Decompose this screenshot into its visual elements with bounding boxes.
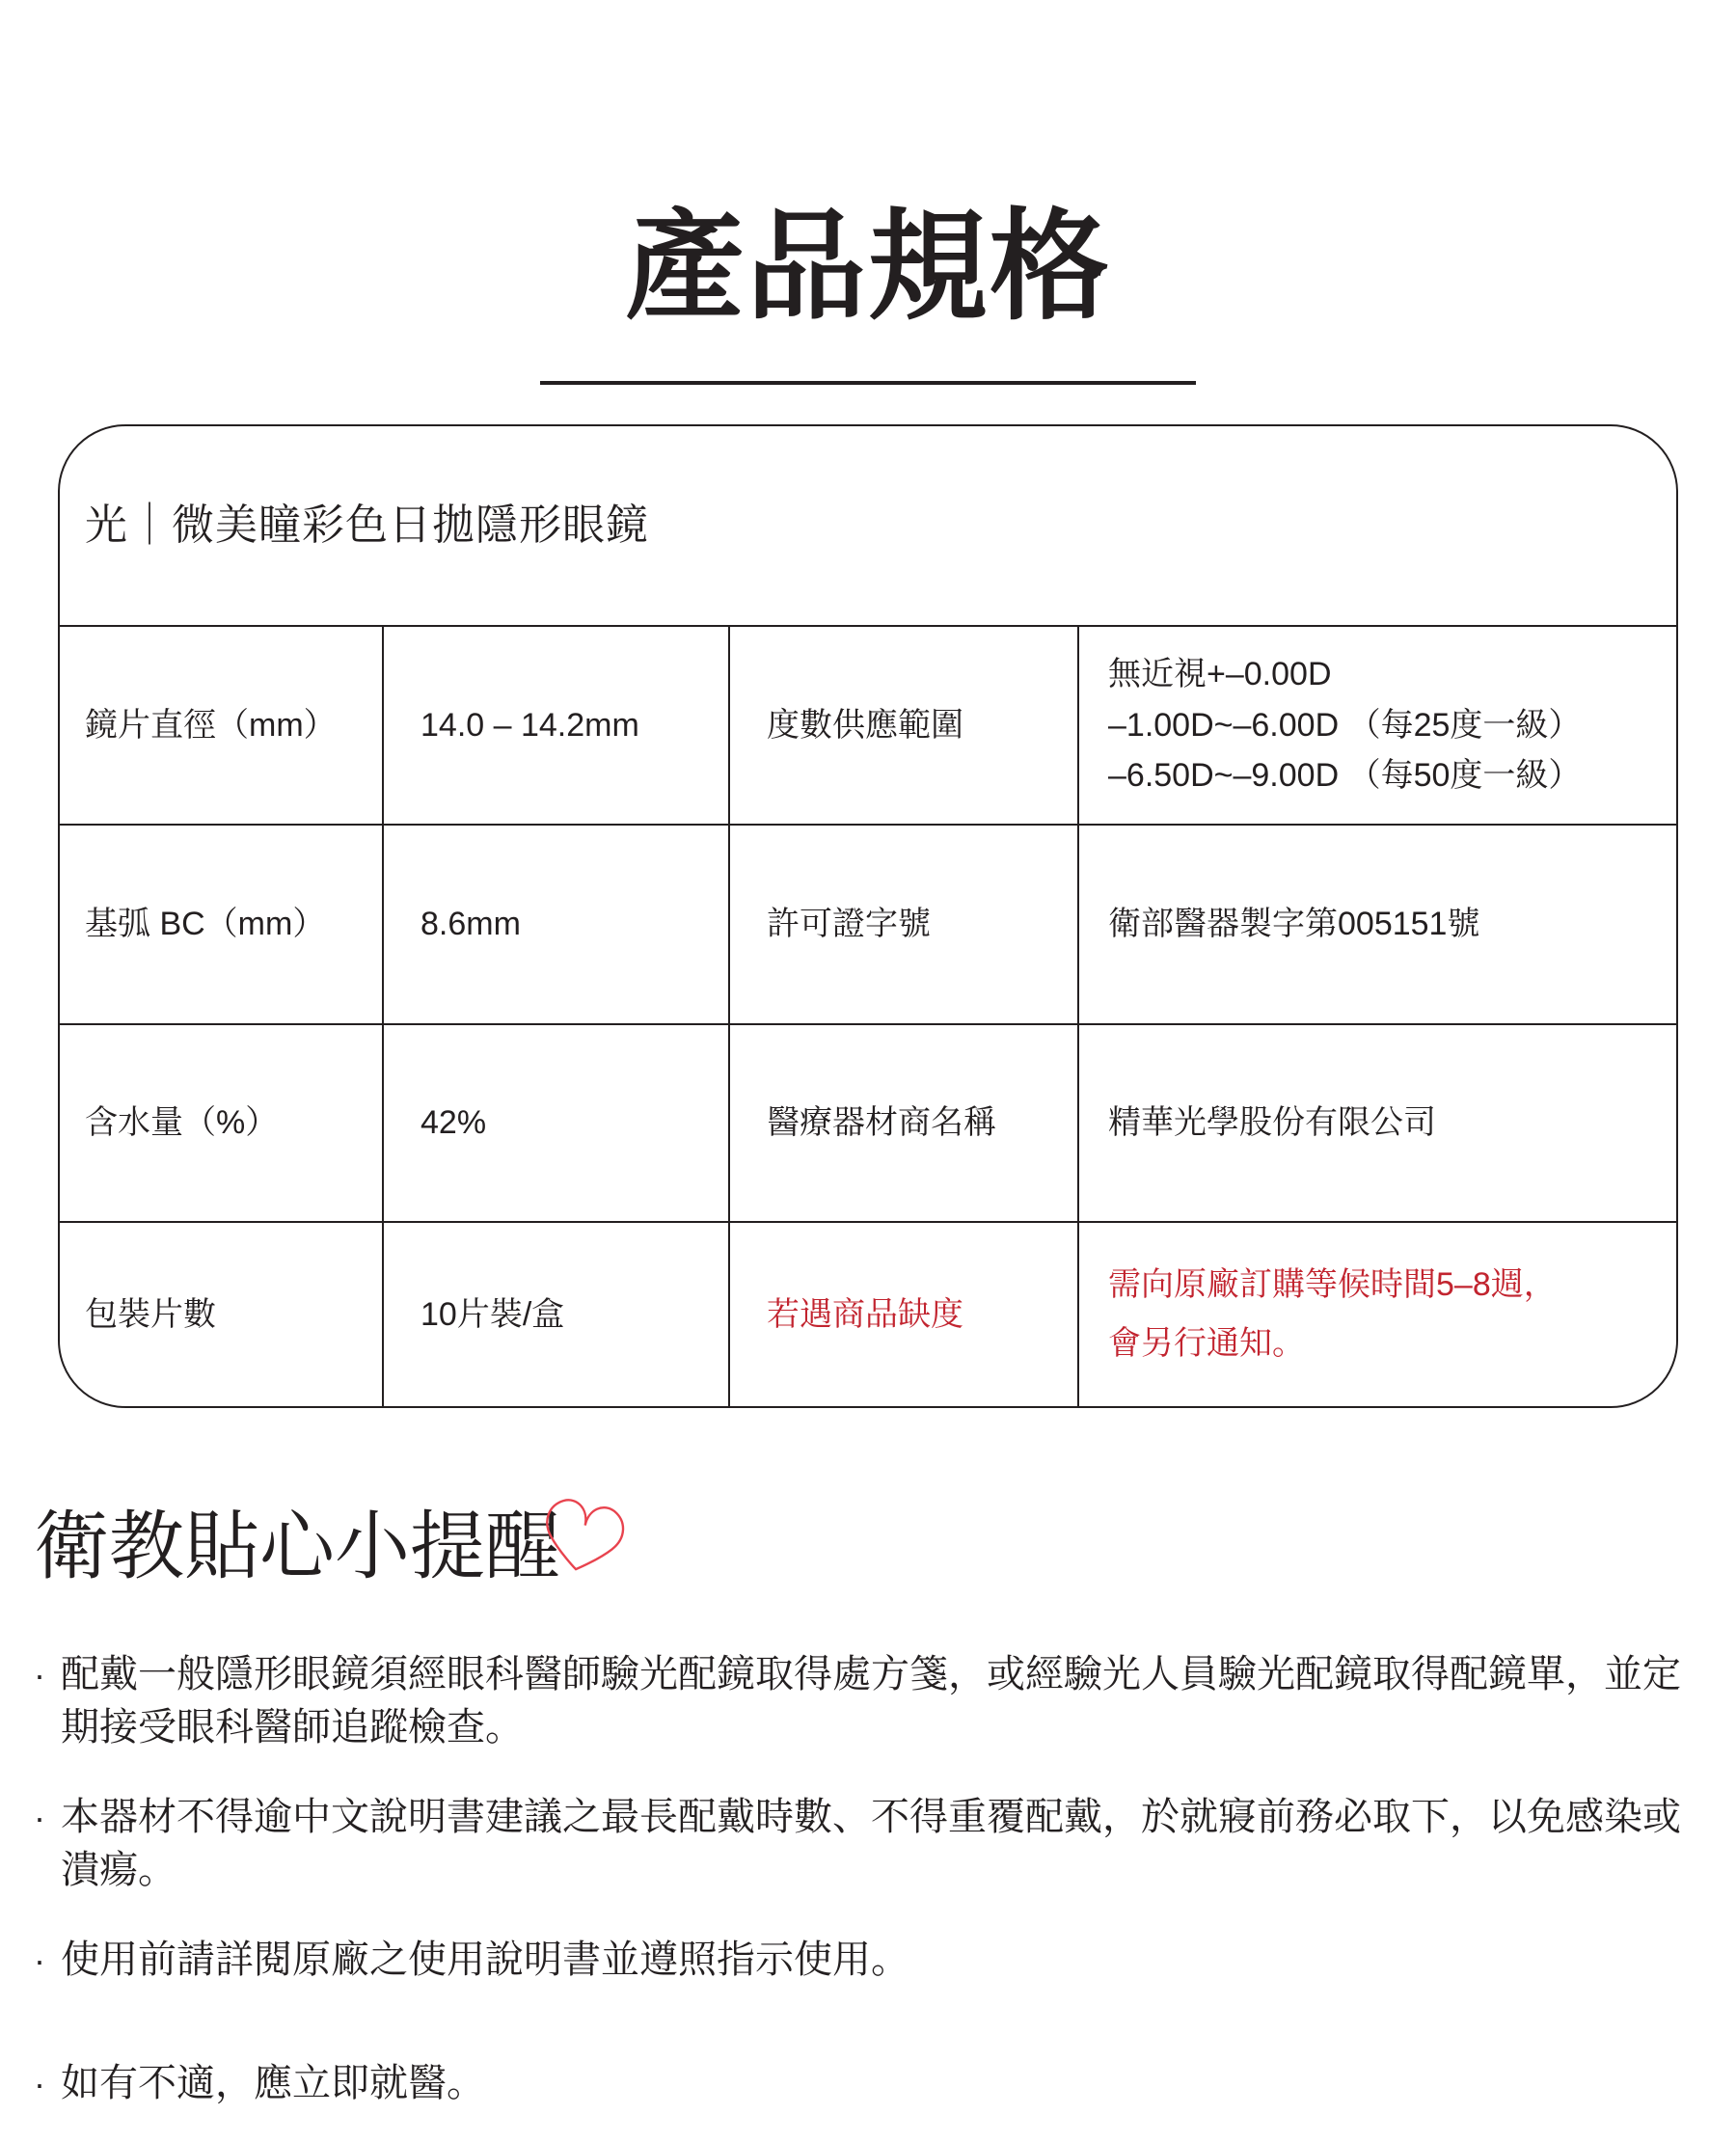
spec-label-out-of-stock-notice: 若遇商品缺度 (728, 1221, 1077, 1406)
reminder-text: 使用前請詳閱原廠之使用說明書並遵照指示使用。 (61, 1934, 1683, 1987)
spec-value-power-range: 無近視+–0.00D –1.00D~–6.00D （每25度一級） –6.50D… (1077, 625, 1676, 824)
spec-label-power-range: 度數供應範圍 (728, 625, 1077, 824)
heart-outline-icon (530, 1484, 635, 1608)
health-reminder-list: · 配戴一般隱形眼鏡須經眼科醫師驗光配鏡取得處方箋，或經驗光人員驗光配鏡取得配鏡… (34, 1648, 1683, 2110)
spec-value-manufacturer: 精華光學股份有限公司 (1077, 1023, 1676, 1221)
spec-label-water-content: 含水量（%） (60, 1023, 382, 1221)
spec-value-water-content: 42% (382, 1023, 728, 1221)
list-item: · 本器材不得逾中文說明書建議之最長配戴時數、不得重覆配戴，於就寢前務必取下，以… (34, 1791, 1683, 1897)
reminder-text: 如有不適，應立即就醫。 (61, 2057, 1683, 2110)
spec-label-pack-quantity: 包裝片數 (60, 1221, 382, 1406)
bullet-marker: · (34, 1934, 61, 1987)
spec-value-lens-diameter: 14.0 – 14.2mm (382, 625, 728, 824)
spec-value-base-curve: 8.6mm (382, 824, 728, 1023)
power-range-line: 無近視+–0.00D (1108, 649, 1661, 700)
bullet-marker: · (34, 2057, 61, 2110)
spec-label-license-number: 許可證字號 (728, 824, 1077, 1023)
bullet-marker: · (34, 1648, 61, 1754)
spec-value-license-number: 衛部醫器製字第005151號 (1077, 824, 1676, 1023)
spec-label-manufacturer: 醫療器材商名稱 (728, 1023, 1077, 1221)
list-item: · 使用前請詳閱原廠之使用說明書並遵照指示使用。 (34, 1934, 1683, 1987)
title-underline-divider (540, 381, 1196, 385)
list-item: · 如有不適，應立即就醫。 (34, 2057, 1683, 2110)
reminder-text: 配戴一般隱形眼鏡須經眼科醫師驗光配鏡取得處方箋，或經驗光人員驗光配鏡取得配鏡單，… (61, 1648, 1683, 1754)
out-of-stock-line: 會另行通知。 (1108, 1315, 1661, 1373)
reminder-text: 本器材不得逾中文說明書建議之最長配戴時數、不得重覆配戴，於就寢前務必取下，以免感… (61, 1791, 1683, 1897)
spec-value-out-of-stock-notice: 需向原廠訂購等候時間5–8週， 會另行通知。 (1077, 1221, 1676, 1406)
health-reminder-heading: 衛教貼心小提醒 (34, 1507, 709, 1586)
page-title: 產品規格 (0, 207, 1736, 327)
spec-label-lens-diameter: 鏡片直徑（mm） (60, 625, 382, 824)
list-item: · 配戴一般隱形眼鏡須經眼科醫師驗光配鏡取得處方箋，或經驗光人員驗光配鏡取得配鏡… (34, 1648, 1683, 1754)
out-of-stock-line: 需向原廠訂購等候時間5–8週， (1108, 1256, 1661, 1315)
product-name-header: 光｜微美瞳彩色日拋隱形眼鏡 (60, 426, 1676, 625)
health-reminder-heading-text: 衛教貼心小提醒 (34, 1504, 560, 1588)
product-spec-page: 產品規格 光｜微美瞳彩色日拋隱形眼鏡 鏡片直徑（mm） 14.0 – 14.2m… (0, 0, 1736, 2142)
power-range-line: –1.00D~–6.00D （每25度一級） (1108, 700, 1661, 751)
spec-table: 光｜微美瞳彩色日拋隱形眼鏡 鏡片直徑（mm） 14.0 – 14.2mm 度數供… (58, 424, 1678, 1408)
power-range-line: –6.50D~–9.00D （每50度一級） (1108, 750, 1661, 801)
bullet-marker: · (34, 1791, 61, 1897)
spec-label-base-curve: 基弧 BC（mm） (60, 824, 382, 1023)
spec-value-pack-quantity: 10片裝/盒 (382, 1221, 728, 1406)
